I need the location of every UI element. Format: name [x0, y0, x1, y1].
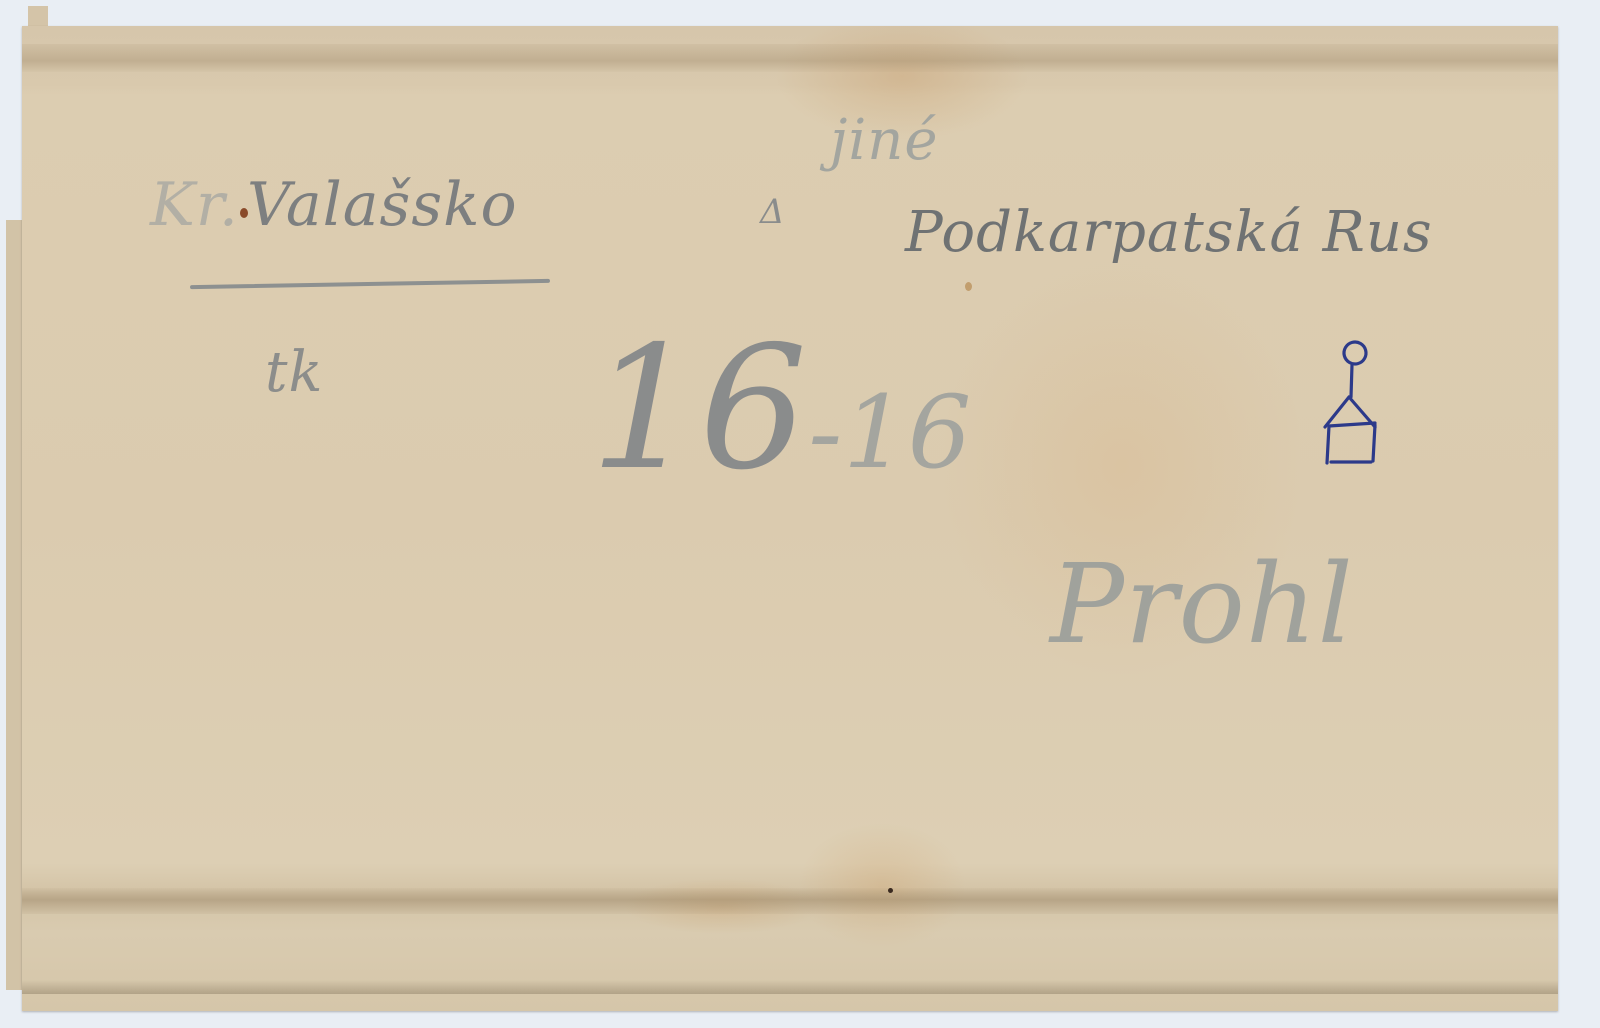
addressee-mark: Δ: [760, 192, 786, 232]
number-suffix: -16: [808, 374, 972, 491]
addressee-line: Kr.Valašsko: [150, 170, 518, 240]
above-line-note: jiné: [830, 108, 938, 173]
reference-code: tk: [265, 340, 323, 405]
blue-ink-figure-icon: [1315, 335, 1385, 470]
signature: Prohl: [1050, 540, 1354, 668]
stain-dot: [965, 282, 972, 291]
number-main: 16: [590, 310, 808, 508]
addressee-faint-prefix: Kr.: [150, 170, 239, 240]
scan-stage: Kr.Valašsko Δ jiné Podkarpatská Rus tk 1…: [0, 0, 1600, 1028]
ink-dot: [888, 888, 893, 893]
large-number: 16-16: [590, 310, 972, 508]
region-text: Podkarpatská Rus: [905, 200, 1433, 265]
addressee-text: Valašsko: [247, 170, 518, 240]
paper-bottom-fold: [22, 980, 1558, 994]
